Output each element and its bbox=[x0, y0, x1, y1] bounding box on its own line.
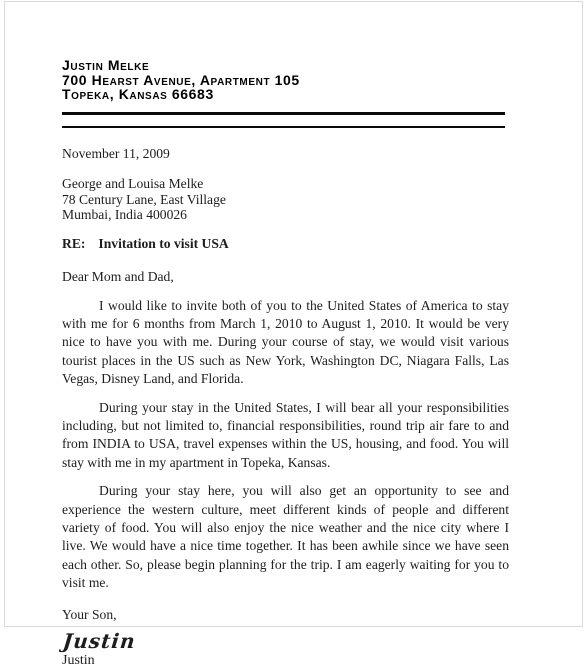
recipient-address-block: George and Louisa Melke 78 Century Lane,… bbox=[62, 176, 509, 223]
letterhead-name: Justin Melke bbox=[62, 58, 509, 73]
letter-content: Justin Melke 700 Hearst Avenue, Apartmen… bbox=[0, 0, 585, 671]
salutation: Dear Mom and Dad, bbox=[62, 268, 509, 286]
closing-line: Your Son, bbox=[62, 606, 509, 624]
recipient-street: 78 Century Lane, East Village bbox=[62, 192, 509, 208]
letterhead: Justin Melke 700 Hearst Avenue, Apartmen… bbox=[62, 58, 509, 128]
letter-date: November 11, 2009 bbox=[62, 145, 509, 163]
subject-prefix: RE: bbox=[62, 236, 85, 251]
letterhead-divider-thick bbox=[62, 112, 505, 115]
paragraph-invitation: I would like to invite both of you to th… bbox=[62, 297, 509, 389]
letter-page: Justin Melke 700 Hearst Avenue, Apartmen… bbox=[0, 0, 585, 630]
recipient-city: Mumbai, India 400026 bbox=[62, 207, 509, 223]
paragraph-responsibilities: During your stay in the United States, I… bbox=[62, 399, 509, 473]
paragraph-experience: During your stay here, you will also get… bbox=[62, 482, 509, 592]
signature-typed-name: Justin bbox=[62, 652, 509, 670]
signature-handwritten: Justin bbox=[62, 632, 137, 650]
letter-body: November 11, 2009 George and Louisa Melk… bbox=[62, 145, 509, 671]
recipient-name: George and Louisa Melke bbox=[62, 176, 509, 192]
letterhead-address-line1: 700 Hearst Avenue, Apartment 105 bbox=[62, 73, 509, 88]
letterhead-divider-thin bbox=[62, 126, 505, 128]
subject-text: Invitation to visit USA bbox=[98, 236, 228, 251]
subject-line: RE:Invitation to visit USA bbox=[62, 235, 509, 253]
letterhead-address-line2: Topeka, Kansas 66683 bbox=[62, 87, 509, 102]
